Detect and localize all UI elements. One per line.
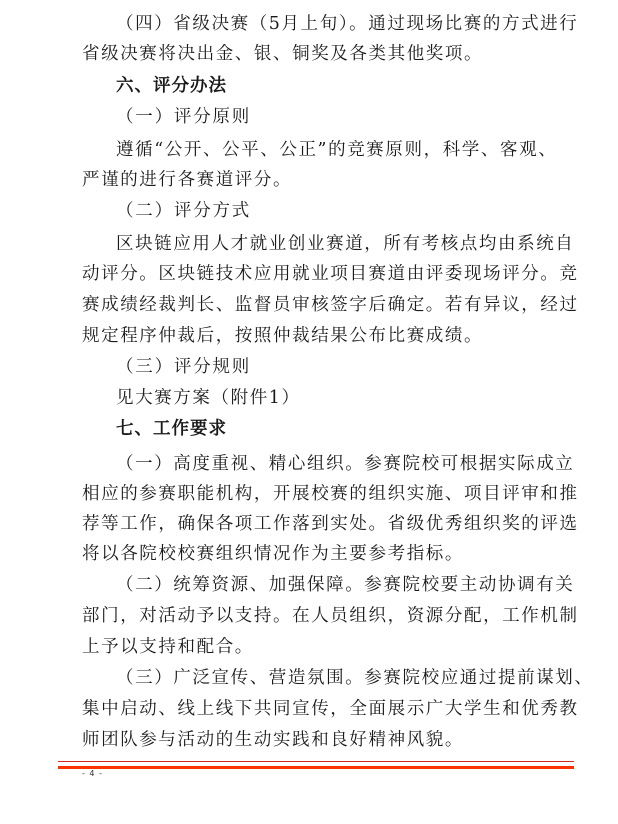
paragraph-line: 区块链应用人才就业创业赛道，所有考核点均由系统自 bbox=[116, 233, 568, 255]
subsection-heading: （二）评分方式 bbox=[116, 200, 568, 222]
paragraph-line: 动评分。区块链技术应用就业项目赛道由评委现场评分。竞 bbox=[82, 263, 534, 285]
subsection-heading: （一）评分原则 bbox=[116, 106, 568, 128]
section-heading-work-requirements: 七、工作要求 bbox=[116, 418, 568, 440]
paragraph-line: （一）高度重视、精心组织。参赛院校可根据实际成立 bbox=[116, 453, 568, 475]
footer-rule-thick bbox=[58, 766, 574, 769]
paragraph-line: 规定程序仲裁后，按照仲裁结果公布比赛成绩。 bbox=[82, 325, 534, 347]
paragraph-line: 师团队参与活动的生动实践和良好精神风貌。 bbox=[82, 729, 534, 751]
paragraph-line: 部门，对活动予以支持。在人员组织，资源分配，工作机制 bbox=[82, 605, 534, 627]
paragraph-line: 严谨的进行各赛道评分。 bbox=[82, 169, 534, 191]
footer-rule-thin bbox=[58, 761, 574, 762]
paragraph-line: 相应的参赛职能机构，开展校赛的组织实施、项目评审和推 bbox=[82, 483, 534, 505]
paragraph-line: （三）广泛宣传、营造氛围。参赛院校应通过提前谋划、 bbox=[116, 667, 568, 689]
paragraph-line: 遵循“公开、公平、公正”的竞赛原则，科学、客观、 bbox=[116, 139, 568, 161]
paragraph-line: 上予以支持和配合。 bbox=[82, 636, 534, 658]
paragraph-line: （四）省级决赛（5月上旬）。通过现场比赛的方式进行 bbox=[116, 13, 568, 35]
paragraph-line: 荐等工作，确保各项工作落到实处。省级优秀组织奖的评选 bbox=[82, 513, 534, 535]
page-number: - 4 - bbox=[82, 769, 103, 778]
paragraph-line: 集中启动、线上线下共同宣传，全面展示广大学生和优秀教 bbox=[82, 698, 534, 720]
paragraph-line: 见大赛方案（附件1） bbox=[116, 387, 568, 409]
paragraph-line: （二）统筹资源、加强保障。参赛院校要主动协调有关 bbox=[116, 574, 568, 596]
section-heading-scoring-method: 六、评分办法 bbox=[116, 75, 568, 97]
paragraph-line: 省级决赛将决出金、银、铜奖及各类其他奖项。 bbox=[82, 43, 534, 65]
document-page: （四）省级决赛（5月上旬）。通过现场比赛的方式进行 省级决赛将决出金、银、铜奖及… bbox=[0, 0, 618, 824]
paragraph-line: 将以各院校校赛组织情况作为主要参考指标。 bbox=[82, 543, 534, 565]
subsection-heading: （三）评分规则 bbox=[116, 356, 568, 378]
paragraph-line: 赛成绩经裁判长、监督员审核签字后确定。若有异议，经过 bbox=[82, 294, 534, 316]
